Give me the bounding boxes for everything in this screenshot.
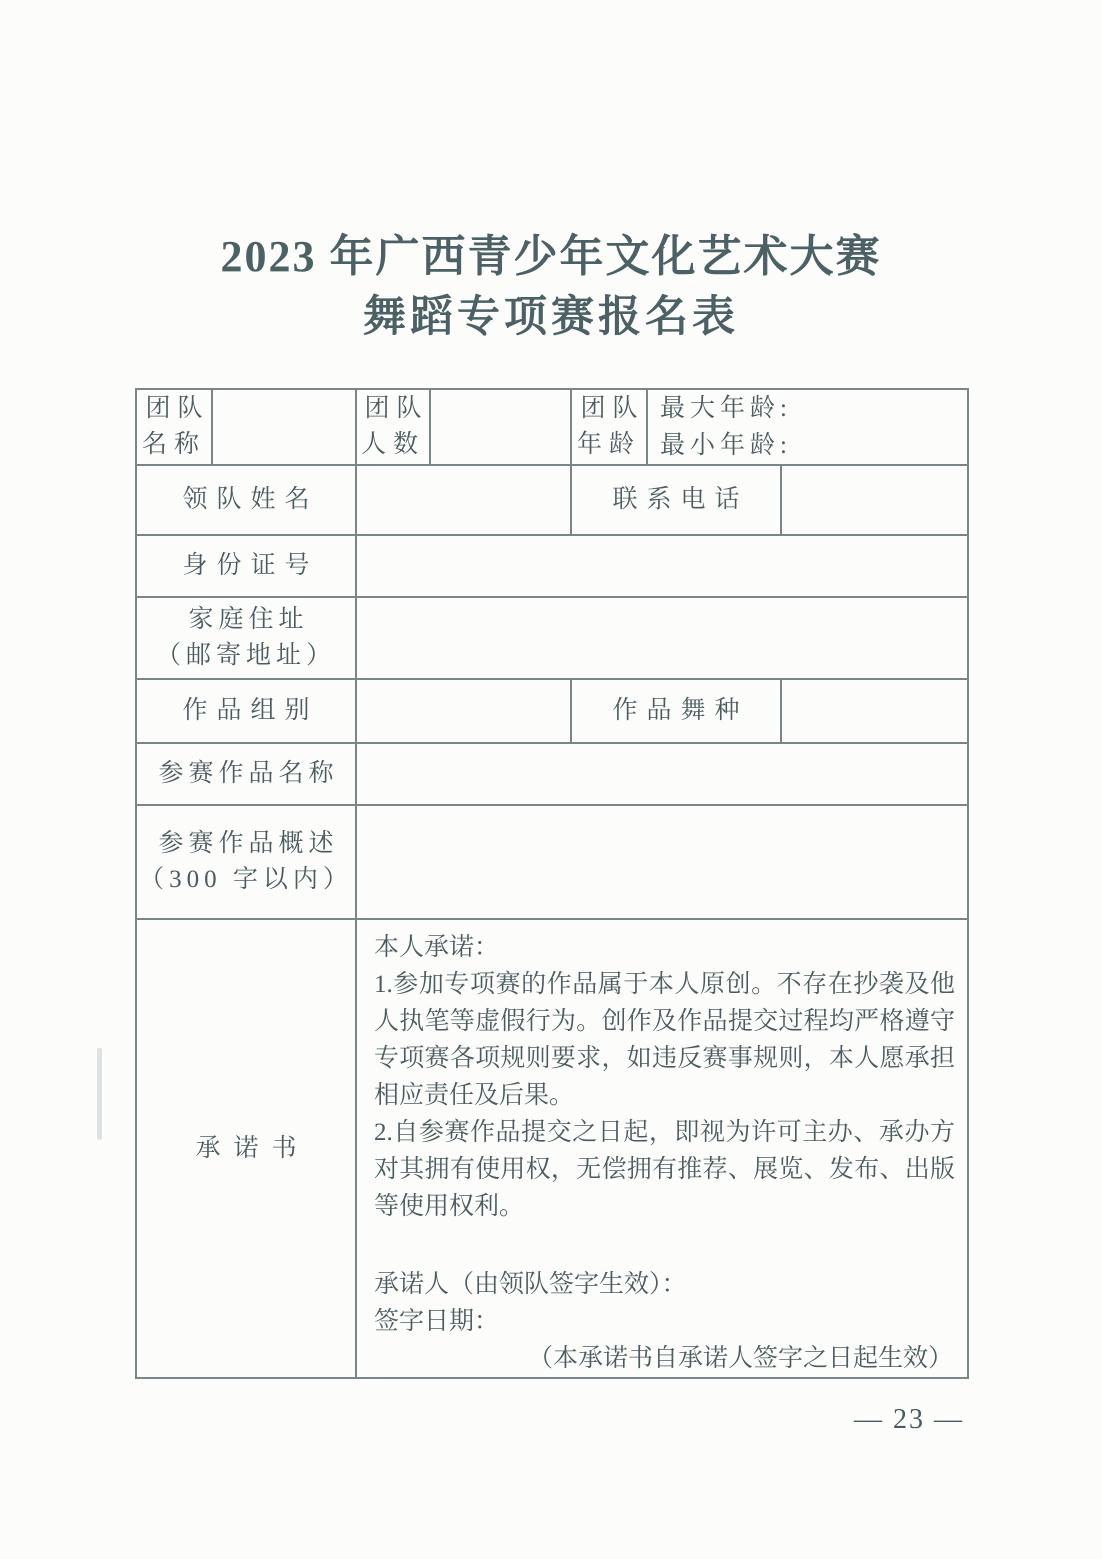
dance-type-label: 作品舞种 [571,679,781,743]
registration-form-table: 团队 名称 团队 人数 团队 年龄 最大年龄: 最小年龄: 领队姓名 联系电话 … [135,388,969,1379]
work-title-label: 参赛作品名称 [136,743,356,805]
commitment-item-2: 2.自参赛作品提交之日起，即视为许可主办、承办方对其拥有使用权，无偿拥有推荐、展… [374,1114,955,1225]
team-size-label: 团队 人数 [356,389,430,465]
commitment-heading: 本人承诺： [374,929,955,966]
row-id-number: 身份证号 [136,535,968,597]
age-range-label: 最大年龄: 最小年龄: [647,389,968,465]
id-number-label: 身份证号 [136,535,356,597]
commitment-item-1: 1.参加专项赛的作品属于本人原创。不存在抄袭及他人执笔等虚假行为。创作及作品提交… [374,966,955,1114]
title-line-2: 舞蹈专项赛报名表 [0,288,1102,348]
commitment-signer-line: 承诺人（由领队签字生效）： [374,1266,955,1303]
work-group-label: 作品组别 [136,679,356,743]
work-summary-field [356,805,968,919]
address-label: 家庭住址 （邮寄地址） [136,597,356,679]
team-name-field [212,389,356,465]
leader-name-label: 领队姓名 [136,465,356,535]
commitment-label: 承诺书 [136,919,356,1378]
team-size-field [430,389,571,465]
row-work-summary: 参赛作品概述 （300 字以内） [136,805,968,919]
work-group-field [356,679,571,743]
row-leader: 领队姓名 联系电话 [136,465,968,535]
row-work-group: 作品组别 作品舞种 [136,679,968,743]
scan-artifact [97,1048,102,1140]
team-name-label: 团队 名称 [136,389,212,465]
address-field [356,597,968,679]
row-work-title: 参赛作品名称 [136,743,968,805]
row-team-info: 团队 名称 团队 人数 团队 年龄 最大年龄: 最小年龄: [136,389,968,465]
page-number: — 23 — [854,1404,964,1436]
title-line-1: 2023 年广西青少年文化艺术大赛 [0,226,1102,288]
scanned-form-page: 2023 年广西青少年文化艺术大赛 舞蹈专项赛报名表 团队 名称 团队 人数 团… [0,0,1102,1559]
dance-type-field [781,679,968,743]
leader-name-field [356,465,571,535]
page-title: 2023 年广西青少年文化艺术大赛 舞蹈专项赛报名表 [0,226,1102,348]
id-number-field [356,535,968,597]
row-address: 家庭住址 （邮寄地址） [136,597,968,679]
phone-field [781,465,968,535]
row-commitment: 承诺书 本人承诺： 1.参加专项赛的作品属于本人原创。不存在抄袭及他人执笔等虚假… [136,919,968,1378]
work-title-field [356,743,968,805]
work-summary-label: 参赛作品概述 （300 字以内） [136,805,356,919]
commitment-note: （本承诺书自承诺人签字之日起生效） [374,1340,955,1377]
commitment-content: 本人承诺： 1.参加专项赛的作品属于本人原创。不存在抄袭及他人执笔等虚假行为。创… [356,919,968,1378]
phone-label: 联系电话 [571,465,781,535]
team-age-label: 团队 年龄 [571,389,647,465]
commitment-date-line: 签字日期： [374,1303,955,1340]
